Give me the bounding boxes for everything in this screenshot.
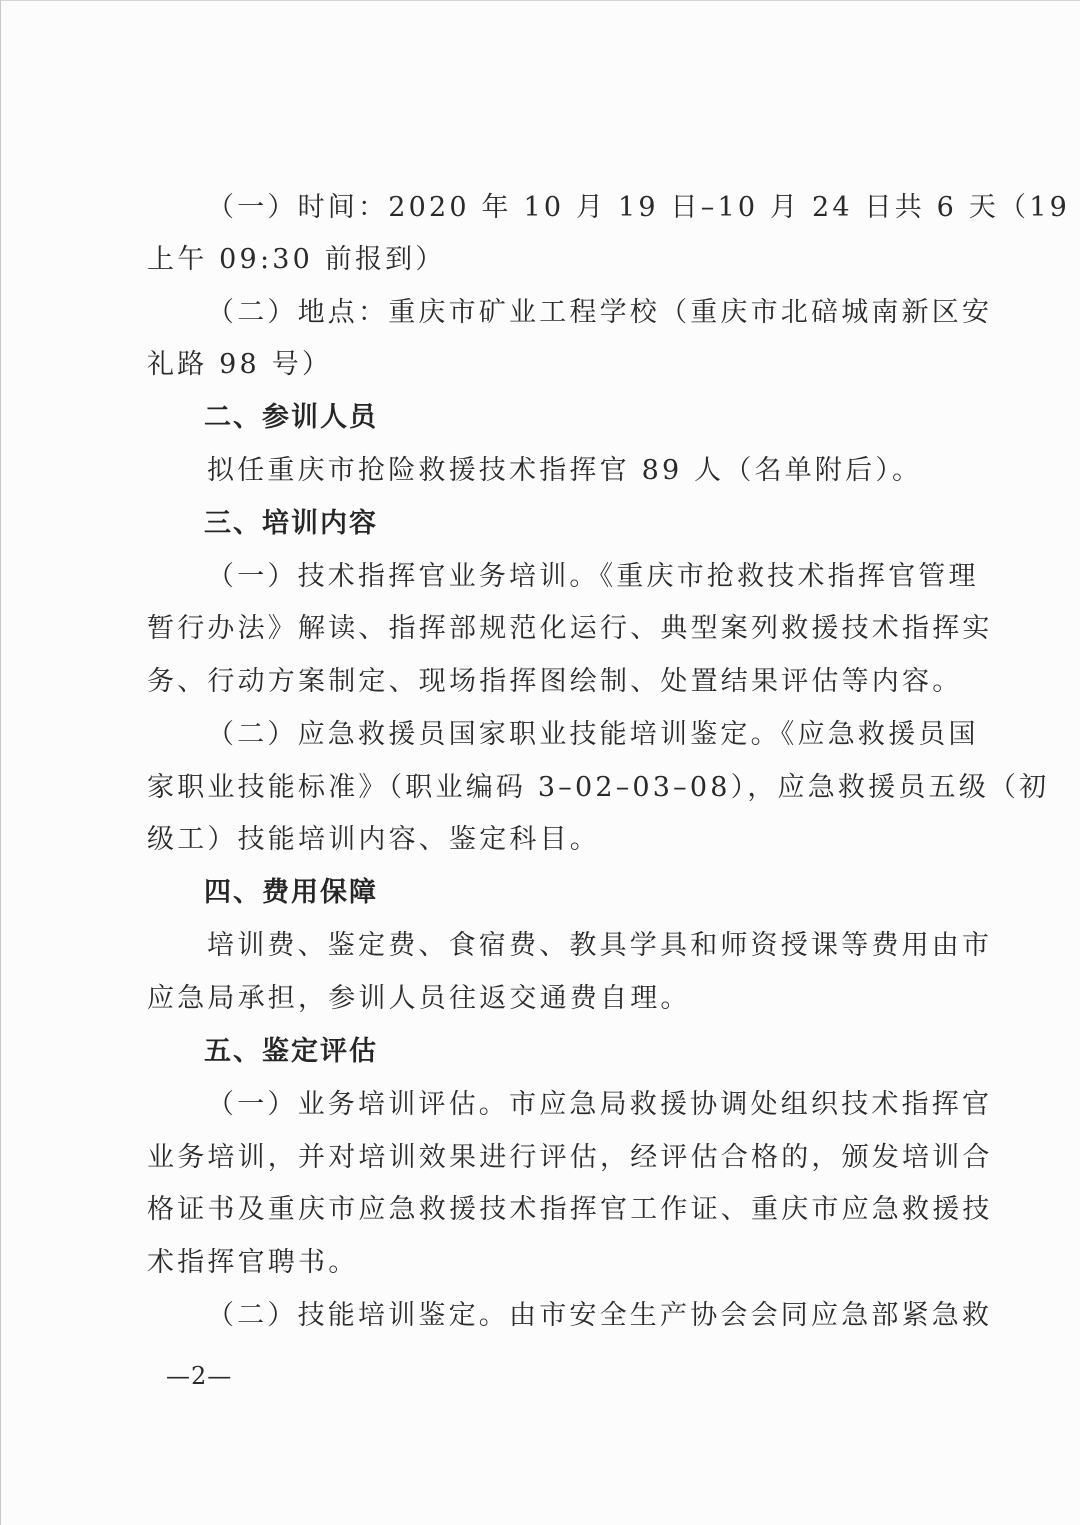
- training-item1-line-1: （一）技术指挥官业务培训。《重庆市抢救技术指挥官管理: [207, 560, 979, 594]
- assessment-item2-line-1: （二）技能培训鉴定。由市安全生产协会会同应急部紧急救: [207, 1299, 992, 1333]
- training-item2-line-2: 家职业技能标准》（职业编码 3–02–03–08），应急救援员五级（初: [147, 771, 1049, 805]
- place-paragraph-line-1: （二）地点：重庆市矿业工程学校（重庆市北碚城南新区安: [207, 296, 992, 330]
- training-item2-line-3: 级工）技能培训内容、鉴定科目。: [147, 823, 600, 857]
- training-item2-line-1: （二）应急救援员国家职业技能培训鉴定。《应急救援员国: [207, 718, 979, 752]
- assessment-item1-line-1: （一）业务培训评估。市应急局救援协调处组织技术指挥官: [207, 1088, 992, 1122]
- section-heading-training-content: 三、培训内容: [204, 507, 378, 541]
- document-page: （一）时间：2020 年 10 月 19 日–10 月 24 日共 6 天（19…: [0, 0, 1080, 1525]
- section-heading-funding: 四、费用保障: [204, 876, 378, 910]
- section-heading-assessment: 五、鉴定评估: [204, 1035, 378, 1069]
- assessment-item1-line-2: 业务培训，并对培训效果进行评估，经评估合格的，颁发培训合: [147, 1141, 993, 1175]
- page-number: —2—: [166, 1361, 232, 1391]
- place-paragraph-line-2: 礼路 98 号）: [147, 348, 332, 382]
- funding-paragraph-line-2: 应急局承担，参训人员往返交通费自理。: [147, 982, 691, 1016]
- participants-paragraph: 拟任重庆市抢险救援技术指挥官 89 人（名单附后）。: [207, 454, 922, 488]
- time-paragraph-line-1: （一）时间：2020 年 10 月 19 日–10 月 24 日共 6 天（19…: [207, 191, 1080, 225]
- time-paragraph-line-2: 上午 09:30 前报到）: [147, 243, 446, 277]
- assessment-item1-line-4: 术指挥官聘书。: [147, 1246, 358, 1280]
- assessment-item1-line-3: 格证书及重庆市应急救援技术指挥官工作证、重庆市应急救援技: [147, 1193, 993, 1227]
- training-item1-line-3: 务、行动方案制定、现场指挥图绘制、处置结果评估等内容。: [147, 665, 962, 699]
- training-item1-line-2: 暂行办法》解读、指挥部规范化运行、典型案列救援技术指挥实: [147, 612, 993, 646]
- funding-paragraph-line-1: 培训费、鉴定费、食宿费、教具学具和师资授课等费用由市: [207, 929, 992, 963]
- section-heading-participants: 二、参训人员: [204, 401, 378, 435]
